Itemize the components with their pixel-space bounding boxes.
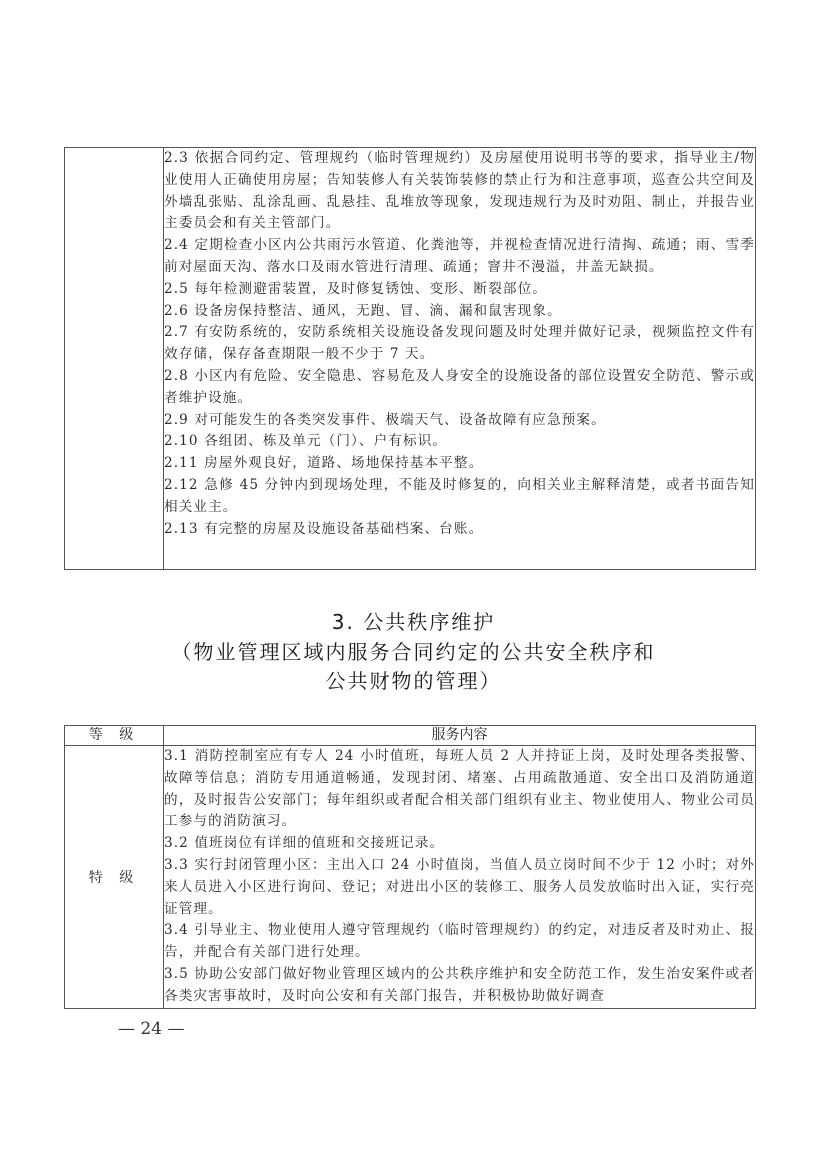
- service-item: 2.9 对可能发生的各类突发事件、极端天气、设备故障有应急预案。: [164, 410, 755, 432]
- header-content: 服务内容: [164, 726, 756, 746]
- service-item: 2.5 每年检测避雷装置，及时修复锈蚀、变形、断裂部位。: [164, 279, 755, 301]
- section-subtitle-line2: 公共财物的管理）: [0, 667, 827, 696]
- service-content-cell: 3.1 消防控制室应有专人 24 小时值班，每班人员 2 人并持证上岗，及时处理…: [164, 746, 756, 1009]
- table-header-row: 等 级 服务内容: [65, 726, 756, 746]
- section-title: 3. 公共秩序维护: [0, 608, 827, 637]
- service-content-cell: 2.3 依据合同约定、管理规约（临时管理规约）及房屋使用说明书等的要求，指导业主…: [164, 148, 756, 570]
- level-cell: [65, 148, 164, 570]
- service-item: 3.4 引导业主、物业使用人遵守管理规约（临时管理规约）的约定，对违反者及时劝止…: [164, 920, 755, 964]
- public-order-service-table: 等 级 服务内容 特 级 3.1 消防控制室应有专人 24 小时值班，每班人员 …: [64, 725, 756, 1009]
- service-item: 2.10 各组团、栋及单元（门）、户有标识。: [164, 431, 755, 453]
- service-item: 2.7 有安防系统的，安防系统相关设施设备发现问题及时处理并做好记录，视频监控文…: [164, 322, 755, 366]
- service-item: 2.13 有完整的房屋及设施设备基础档案、台账。: [164, 519, 755, 541]
- service-item: 3.5 协助公安部门做好物业管理区域内的公共秩序维护和安全防范工作，发生治安案件…: [164, 964, 755, 1008]
- service-item: 3.1 消防控制室应有专人 24 小时值班，每班人员 2 人并持证上岗，及时处理…: [164, 746, 755, 833]
- service-item: 2.4 定期检查小区内公共雨污水管道、化粪池等，并视检查情况进行清掏、疏通；雨、…: [164, 235, 755, 279]
- table-row: 特 级 3.1 消防控制室应有专人 24 小时值班，每班人员 2 人并持证上岗，…: [65, 746, 756, 1009]
- level-cell: 特 级: [65, 746, 164, 1009]
- service-item: 3.2 值班岗位有详细的值班和交接班记录。: [164, 833, 755, 855]
- header-level: 等 级: [65, 726, 164, 746]
- service-item: 2.12 急修 45 分钟内到现场处理，不能及时修复的，向相关业主解释清楚，或者…: [164, 475, 755, 519]
- service-item: 2.3 依据合同约定、管理规约（临时管理规约）及房屋使用说明书等的要求，指导业主…: [164, 148, 755, 235]
- service-item: 2.8 小区内有危险、安全隐患、容易危及人身安全的设施设备的部位设置安全防范、警…: [164, 366, 755, 410]
- page-number: — 24 —: [118, 1019, 184, 1039]
- service-item: 2.6 设备房保持整洁、通风，无跑、冒、滴、漏和鼠害现象。: [164, 301, 755, 323]
- service-item: 2.11 房屋外观良好，道路、场地保持基本平整。: [164, 453, 755, 475]
- table-row: 2.3 依据合同约定、管理规约（临时管理规约）及房屋使用说明书等的要求，指导业主…: [65, 148, 756, 570]
- service-table-continued: 2.3 依据合同约定、管理规约（临时管理规约）及房屋使用说明书等的要求，指导业主…: [64, 147, 756, 570]
- section-subtitle-line1: （物业管理区域内服务合同约定的公共安全秩序和: [0, 638, 827, 667]
- service-item: 3.3 实行封闭管理小区：主出入口 24 小时值岗，当值人员立岗时间不少于 12…: [164, 855, 755, 920]
